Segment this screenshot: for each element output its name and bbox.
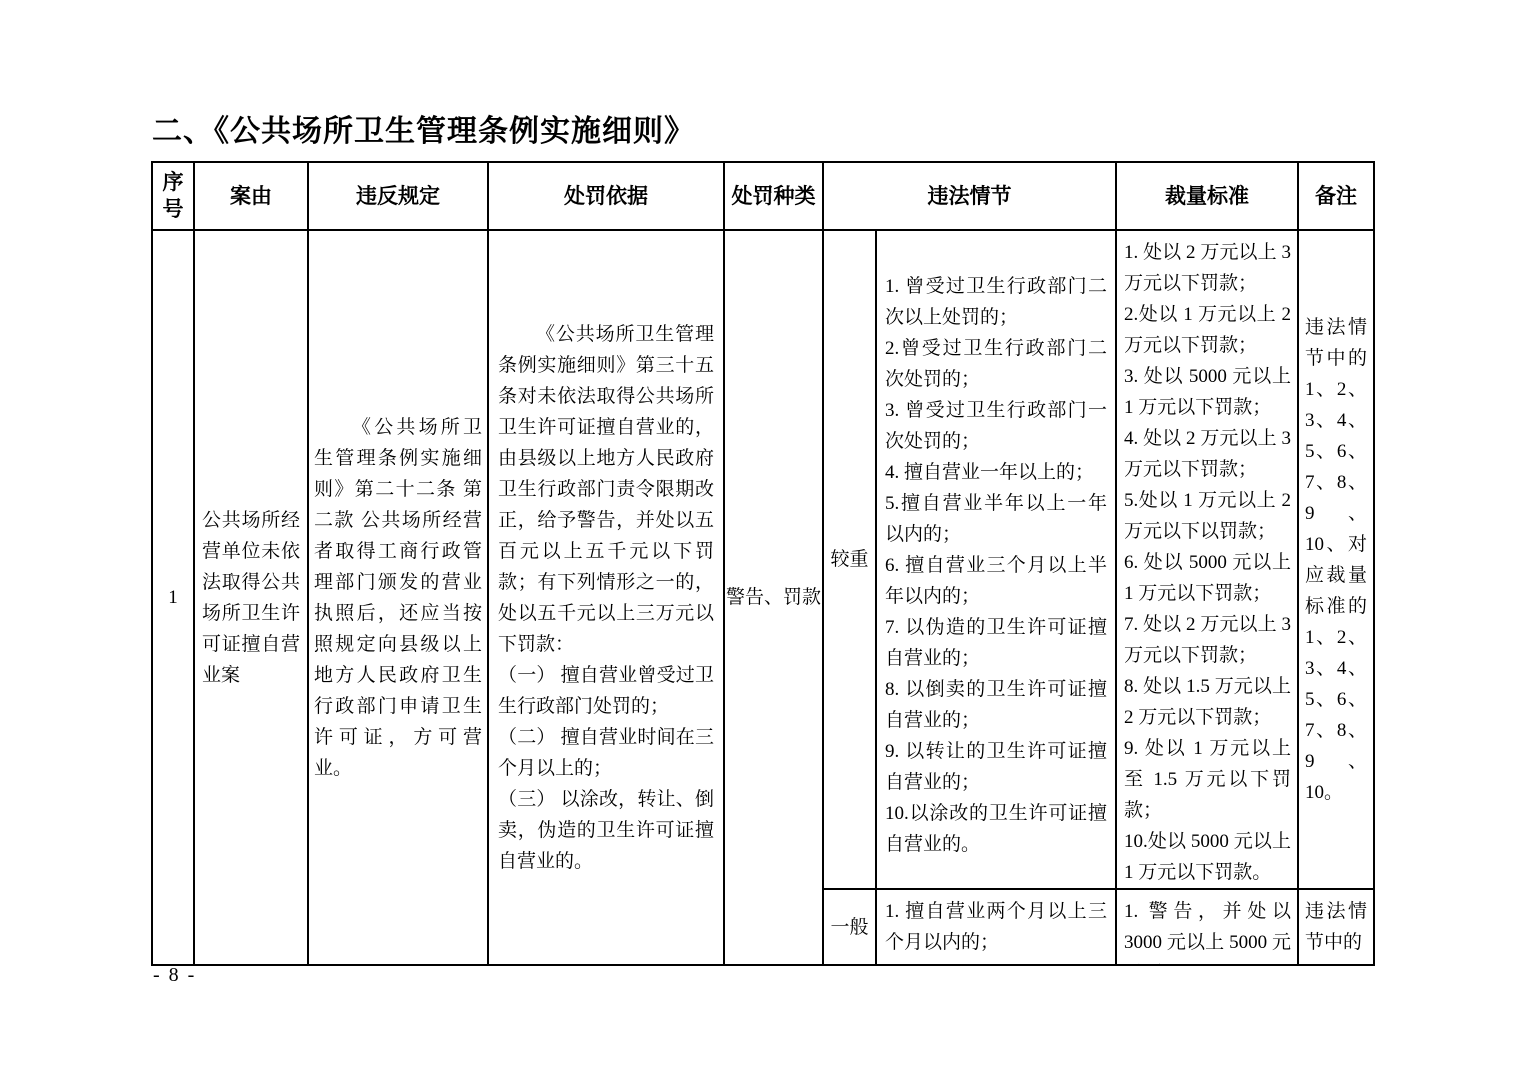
cell-violated-provision: 《公共场所卫生管理条例实施细则》第二十二条 第二款 公共场所经营者取得工商行政管… bbox=[308, 230, 488, 965]
cell-circumstances-severe: 1. 曾受过卫生行政部门二次以上处罚的； 2.曾受过卫生行政部门二次处罚的； 3… bbox=[876, 230, 1116, 889]
header-cause: 案由 bbox=[194, 162, 308, 230]
cell-standards-general: 1. 警告，并处以 3000 元以上 5000 元以下 bbox=[1116, 889, 1298, 965]
standard-item: 1. 警告，并处以 3000 元以上 5000 元以下 bbox=[1124, 896, 1291, 964]
header-index: 序号 bbox=[152, 162, 194, 230]
cell-index: 1 bbox=[152, 230, 194, 965]
header-penalty-type: 处罚种类 bbox=[724, 162, 823, 230]
cell-remarks-severe: 违法情节中的1、2、3、4、5、6、7、8、9、10、对应裁量标准的1、2、3、… bbox=[1298, 230, 1374, 889]
table-header-row: 序号 案由 违反规定 处罚依据 处罚种类 违法情节 裁量标准 备注 bbox=[152, 162, 1374, 230]
header-violated-provision: 违反规定 bbox=[308, 162, 488, 230]
circumstance-item: 1. 曾受过卫生行政部门二次以上处罚的； bbox=[885, 271, 1107, 333]
cell-penalty-type: 警告、罚款 bbox=[724, 230, 823, 965]
penalty-basis-paragraph: 《公共场所卫生管理条例实施细则》第三十五条对未依法取得公共场所卫生许可证擅自营业… bbox=[498, 319, 714, 660]
standard-item: 3. 处以 5000 元以上 1 万元以下罚款； bbox=[1124, 361, 1291, 423]
cell-standards-severe: 1. 处以 2 万元以上 3 万元以下罚款； 2.处以 1 万元以上 2 万元以… bbox=[1116, 230, 1298, 889]
circumstance-item: 5.擅自营业半年以上一年以内的； bbox=[885, 488, 1107, 550]
remarks-text: 违法情节中的 bbox=[1305, 896, 1367, 964]
standard-item: 6. 处以 5000 元以上 1 万元以下罚款； bbox=[1124, 547, 1291, 609]
standard-item: 5.处以 1 万元以上 2 万元以下以罚款； bbox=[1124, 485, 1291, 547]
standard-item: 2.处以 1 万元以上 2 万元以下罚款； bbox=[1124, 299, 1291, 361]
standard-item: 9. 处以 1 万元以上至 1.5 万元以下罚款； bbox=[1124, 733, 1291, 826]
circumstance-item: 4. 擅自营业一年以上的； bbox=[885, 457, 1107, 488]
circumstance-item: 3. 曾受过卫生行政部门一次处罚的； bbox=[885, 395, 1107, 457]
circumstance-item: 9. 以转让的卫生许可证擅自营业的； bbox=[885, 736, 1107, 798]
circumstance-item: 7. 以伪造的卫生许可证擅自营业的； bbox=[885, 612, 1107, 674]
cell-severity-general: 一般 bbox=[823, 889, 876, 965]
header-discretion-standard: 裁量标准 bbox=[1116, 162, 1298, 230]
standard-item: 7. 处以 2 万元以上 3 万元以下罚款； bbox=[1124, 609, 1291, 671]
circumstance-item: 2.曾受过卫生行政部门二次处罚的； bbox=[885, 333, 1107, 395]
penalty-basis-item: （一） 擅自营业曾受过卫生行政部门处罚的； bbox=[498, 660, 714, 722]
document-page: 二、《公共场所卫生管理条例实施细则》 序号 案由 违反规定 处罚依据 处罚种类 … bbox=[0, 0, 1520, 1074]
circumstance-item: 1. 擅自营业两个月以上三个月以内的； bbox=[885, 896, 1107, 964]
circumstance-item: 6. 擅自营业三个月以上半年以内的； bbox=[885, 550, 1107, 612]
circumstance-item: 8. 以倒卖的卫生许可证擅自营业的； bbox=[885, 674, 1107, 736]
standard-item: 4. 处以 2 万元以上 3 万元以下罚款； bbox=[1124, 423, 1291, 485]
header-illegal-circumstances: 违法情节 bbox=[823, 162, 1116, 230]
table-row-severe: 1 公共场所经营单位未依法取得公共场所卫生许可证擅自营业案 《公共场所卫生管理条… bbox=[152, 230, 1374, 889]
standard-item: 1. 处以 2 万元以上 3 万元以下罚款； bbox=[1124, 237, 1291, 299]
cell-remarks-general: 违法情节中的 bbox=[1298, 889, 1374, 965]
cell-cause: 公共场所经营单位未依法取得公共场所卫生许可证擅自营业案 bbox=[194, 230, 308, 965]
page-title: 二、《公共场所卫生管理条例实施细则》 bbox=[152, 114, 695, 150]
penalty-basis-item: （二） 擅自营业时间在三个月以上的； bbox=[498, 722, 714, 784]
page-number: - 8 - bbox=[153, 964, 196, 987]
admin-penalty-table: 序号 案由 违反规定 处罚依据 处罚种类 违法情节 裁量标准 备注 1 公共场所… bbox=[151, 161, 1375, 966]
standard-item: 10.处以 5000 元以上 1 万元以下罚款。 bbox=[1124, 826, 1291, 888]
cell-severity-severe: 较重 bbox=[823, 230, 876, 889]
penalty-basis-item: （三） 以涂改，转让、倒卖，伪造的卫生许可证擅自营业的。 bbox=[498, 784, 714, 877]
cell-circumstances-general: 1. 擅自营业两个月以上三个月以内的； bbox=[876, 889, 1116, 965]
standard-item: 8. 处以 1.5 万元以上 2 万元以下罚款； bbox=[1124, 671, 1291, 733]
circumstance-item: 10.以涂改的卫生许可证擅自营业的。 bbox=[885, 798, 1107, 860]
header-penalty-basis: 处罚依据 bbox=[488, 162, 724, 230]
cell-penalty-basis: 《公共场所卫生管理条例实施细则》第三十五条对未依法取得公共场所卫生许可证擅自营业… bbox=[488, 230, 724, 965]
header-remarks: 备注 bbox=[1298, 162, 1374, 230]
